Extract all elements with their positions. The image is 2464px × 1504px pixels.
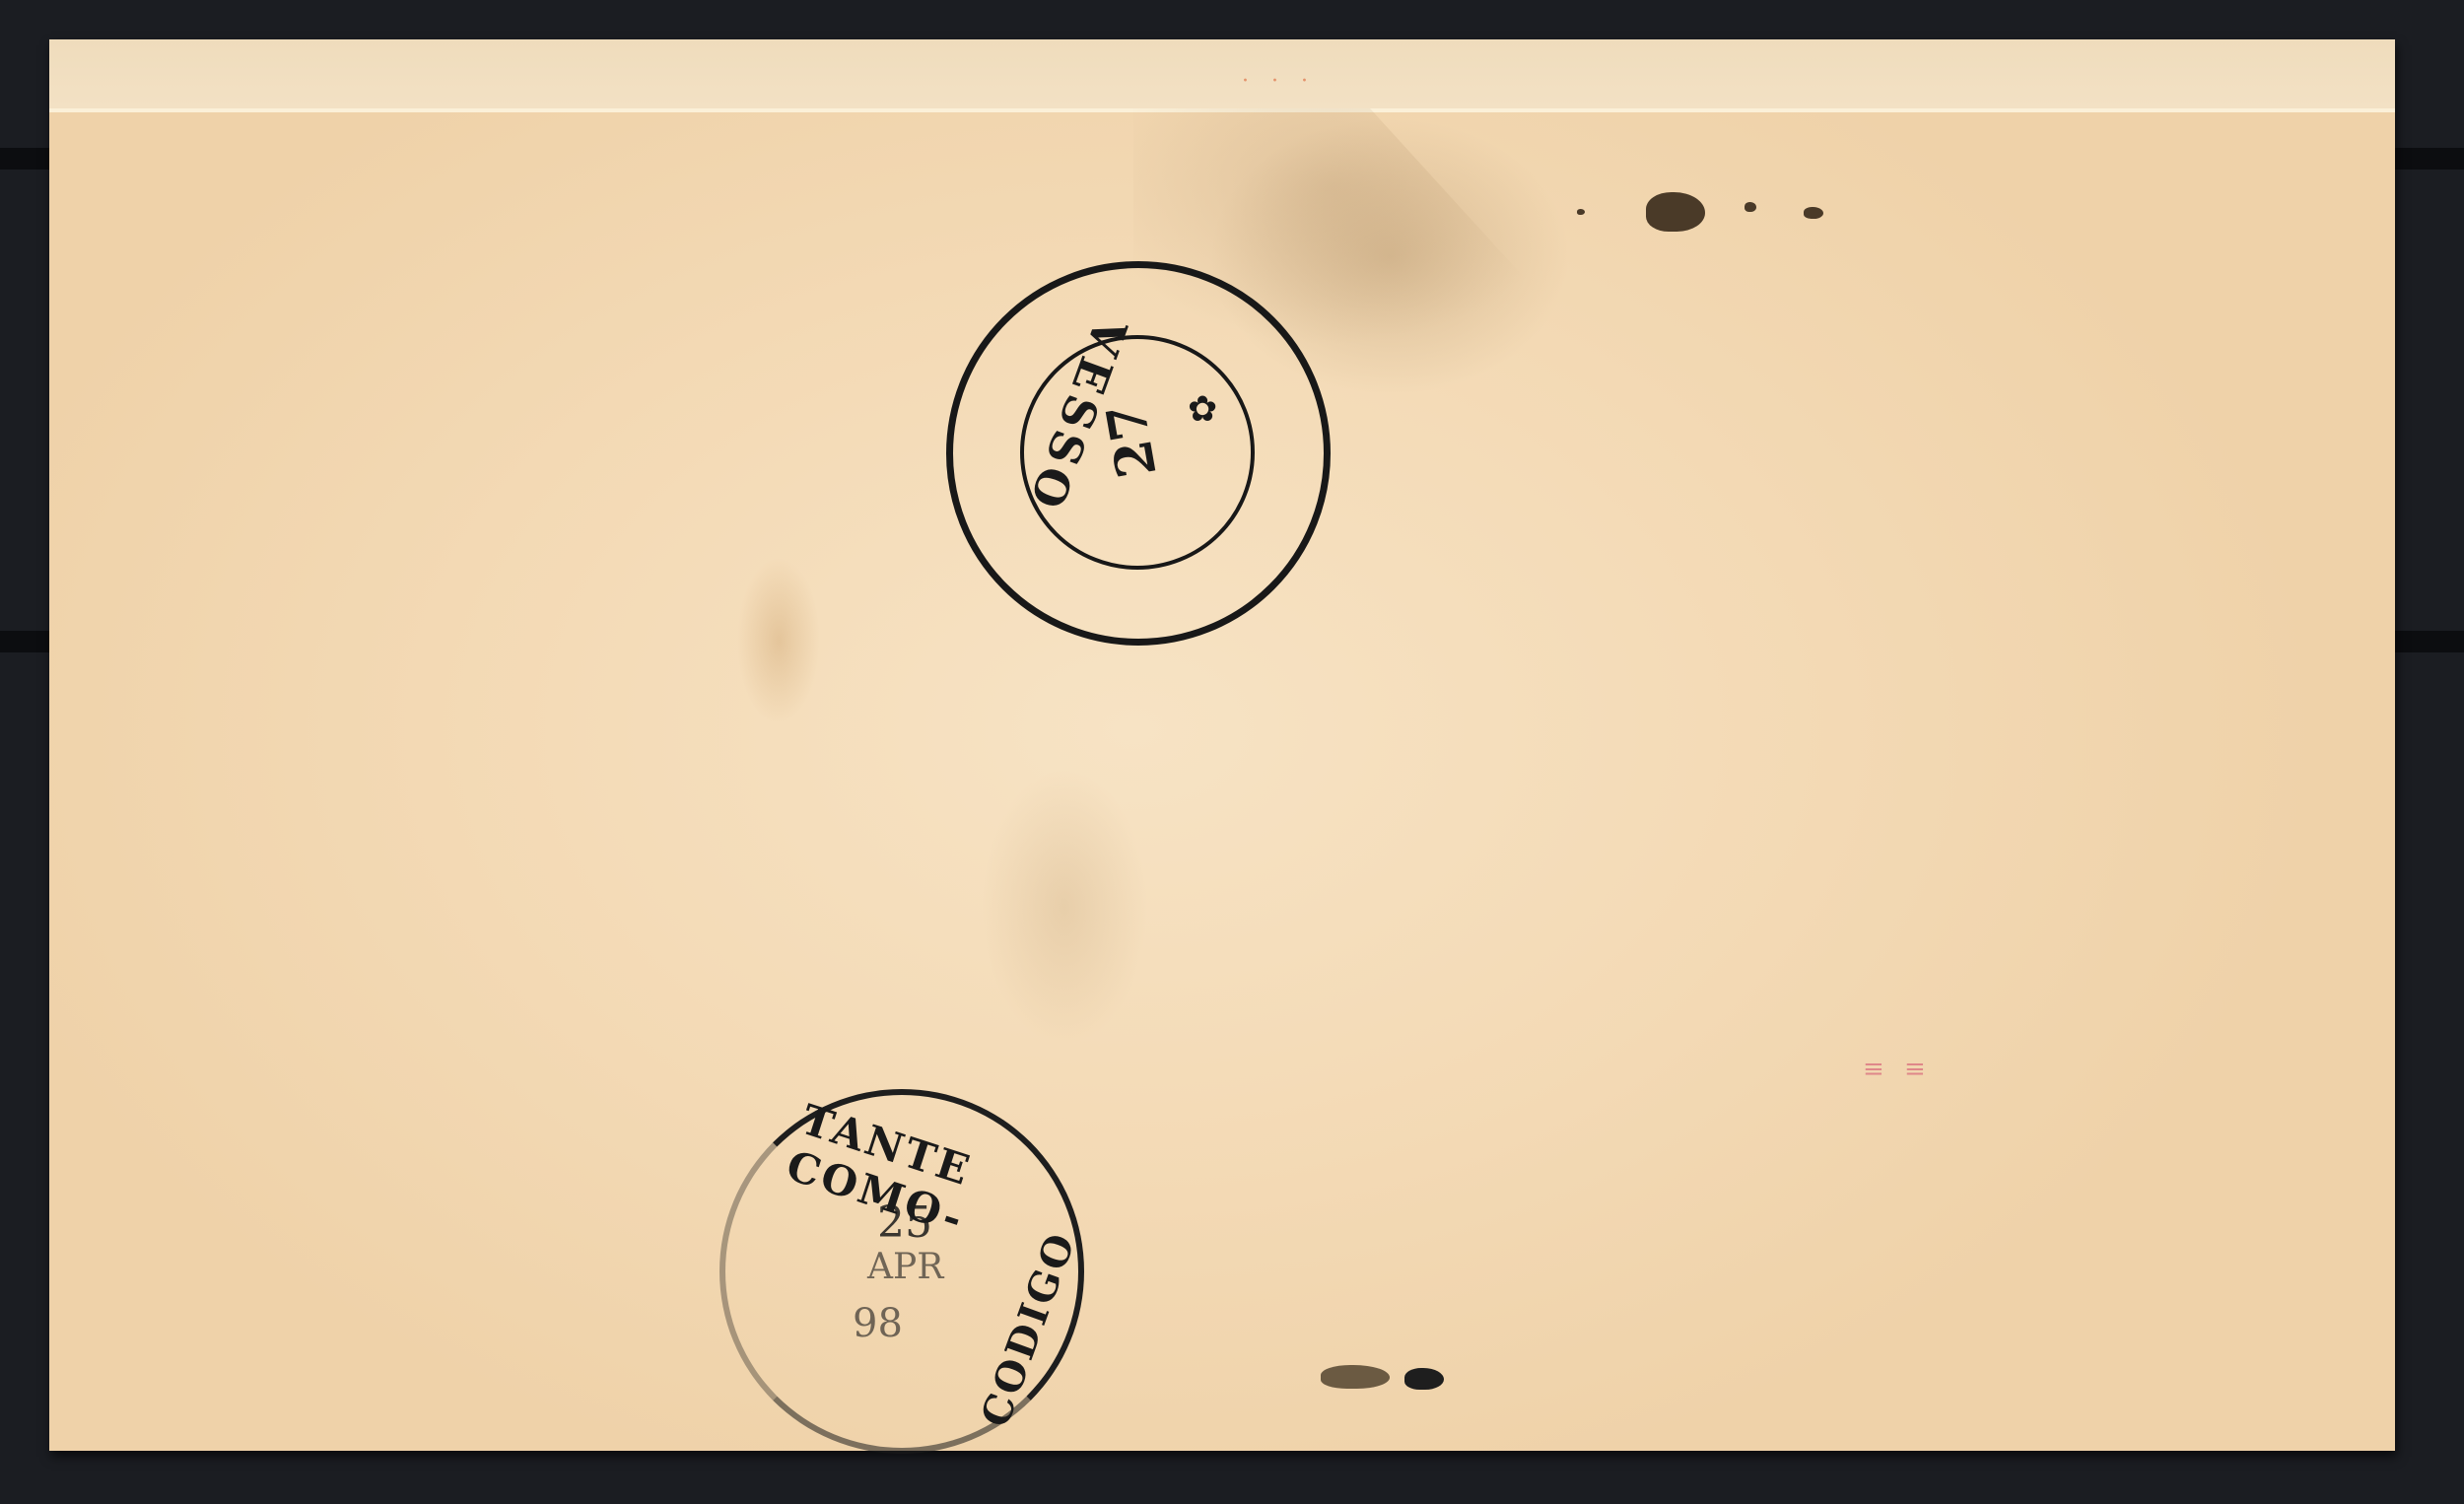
lower-postmark: TANTE COMO- CODIGO 25 APR 98	[719, 1089, 1084, 1454]
ink-speck	[1745, 202, 1756, 212]
postmark-year: 98	[853, 1301, 903, 1346]
postmark-date: 27	[1094, 398, 1169, 482]
ink-speck	[1804, 207, 1823, 219]
ink-blot	[1646, 192, 1705, 232]
rosette-icon: ✿	[1188, 389, 1217, 430]
ink-blot	[1404, 1368, 1444, 1390]
postmark-month: APR	[867, 1247, 943, 1287]
upper-postmark: VESSO 27 ✿	[946, 261, 1331, 646]
orange-ink-trace: · · ·	[1242, 69, 1316, 94]
top-fold-strip	[49, 39, 2395, 112]
postmark-day: 25	[877, 1197, 932, 1248]
letter-sheet: · · · VESSO 27 ✿ TANTE COMO- CODIGO 25 A…	[49, 39, 2395, 1451]
red-ink-trace: ≡ ≡	[1863, 1055, 1932, 1084]
ink-smudge	[1321, 1365, 1390, 1389]
ink-speck	[1577, 209, 1585, 215]
